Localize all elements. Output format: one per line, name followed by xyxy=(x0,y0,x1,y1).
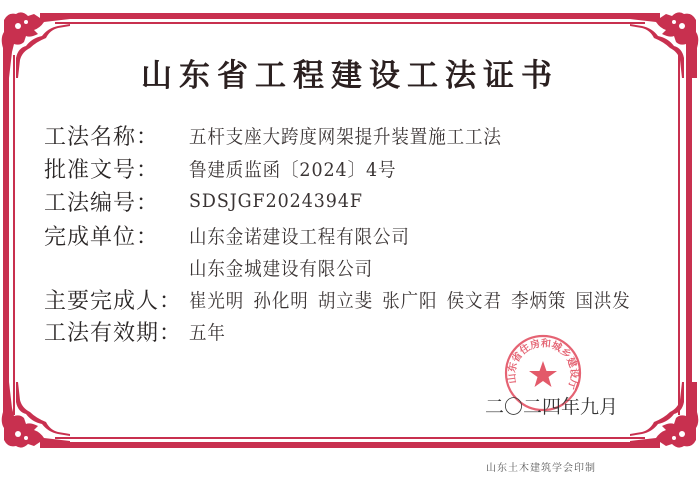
field-approval-number-value-row: 鲁建质监函〔2024〕4号 xyxy=(189,154,414,182)
field-validity-value-row: 五年 xyxy=(189,317,229,345)
corner-ornament-bottom-right-icon xyxy=(630,382,700,452)
person-name: 孙化明 xyxy=(253,286,308,313)
field-label: 批准文号： xyxy=(44,153,159,184)
border-top-thick xyxy=(40,13,660,19)
corner-ornament-bottom-left-icon xyxy=(0,382,70,452)
certificate-title: 山东省工程建设工法证书 xyxy=(0,50,700,95)
field-completing-unit-1-row: 山东金诺建设工程有限公司 xyxy=(189,221,429,249)
names-list: 崔光明 孙化明 胡立斐 张广阳 侯文君 李炳策 国洪发 xyxy=(189,286,640,313)
field-value: 鲁建质监函〔2024〕4号 xyxy=(189,155,396,182)
field-value: SDSJGF2024394F xyxy=(189,190,363,212)
border-right-thin xyxy=(678,55,680,415)
field-method-name: 工法名称： xyxy=(44,121,159,149)
field-label: 完成单位： xyxy=(44,220,159,251)
person-name: 张广阳 xyxy=(382,286,437,313)
field-value: 山东金城建设有限公司 xyxy=(189,254,373,281)
person-name: 李炳策 xyxy=(511,286,566,313)
printer-credit: 山东土木建筑学会印制 xyxy=(486,459,596,474)
field-main-persons: 主要完成人： xyxy=(44,285,182,313)
field-method-name-value-row: 五杆支座大跨度网架提升装置施工工法 xyxy=(189,121,529,149)
field-label: 工法名称： xyxy=(44,120,159,151)
red-star-icon xyxy=(529,361,557,387)
issue-date: 二〇二四年九月 xyxy=(485,392,618,419)
field-approval-number: 批准文号： xyxy=(44,154,159,182)
field-label: 主要完成人： xyxy=(44,284,182,315)
field-completing-units: 完成单位： xyxy=(44,221,159,249)
person-name: 崔光明 xyxy=(189,286,244,313)
person-name: 国洪发 xyxy=(575,286,630,313)
field-value: 五杆支座大跨度网架提升装置施工工法 xyxy=(189,122,502,149)
person-name: 侯文君 xyxy=(447,286,502,313)
field-label: 工法编号： xyxy=(44,186,159,217)
field-label: 工法有效期： xyxy=(44,316,182,347)
field-main-persons-value-row: 崔光明 孙化明 胡立斐 张广阳 侯文君 李炳策 国洪发 xyxy=(189,285,689,313)
border-left-thin xyxy=(13,55,15,415)
border-left-thick xyxy=(3,40,9,420)
border-bottom-thin xyxy=(55,437,645,439)
field-completing-unit-2-row: 山东金城建设有限公司 xyxy=(189,253,389,281)
field-method-code-value-row: SDSJGF2024394F xyxy=(189,187,378,215)
border-right-thick xyxy=(686,40,692,420)
border-top-thin xyxy=(55,22,645,24)
border-bottom-thick xyxy=(40,442,660,448)
field-value: 山东金诺建设工程有限公司 xyxy=(189,222,410,249)
person-name: 胡立斐 xyxy=(318,286,373,313)
field-method-code: 工法编号： xyxy=(44,187,159,215)
field-value: 五年 xyxy=(189,318,226,345)
field-validity: 工法有效期： xyxy=(44,317,182,345)
